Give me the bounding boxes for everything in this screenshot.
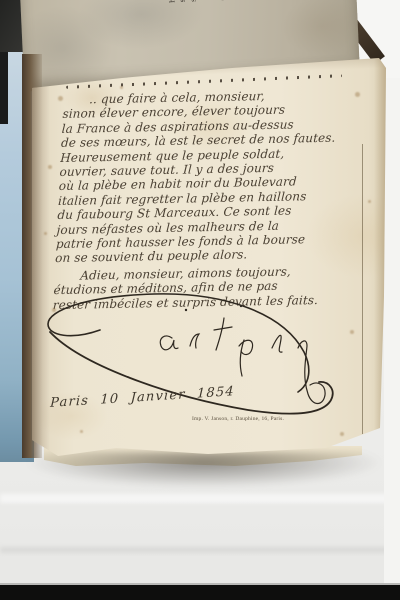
photo-bottom-black-band (0, 583, 400, 600)
left-edge-shadow (0, 52, 8, 124)
foxing-spot (80, 430, 83, 433)
foxing-spot (368, 200, 371, 203)
print-fragment: LE (201, 0, 217, 1)
rotated-print-text: homme qui, stible, pour- s une tour- LE … (162, 0, 231, 3)
foxing-spot (48, 165, 52, 169)
table-light-streak (0, 494, 400, 503)
printer-imprint: Imp. V. Janson, r. Dauphine, 16, Paris. (192, 416, 284, 422)
foxing-spot (58, 96, 63, 101)
foxing-spot (44, 232, 47, 235)
photo-of-open-book: homme qui, stible, pour- s une tour- LE … (0, 0, 400, 600)
page-fold-line (362, 144, 363, 434)
handwritten-letter-body: .. que faire à cela, monsieur, sinon éle… (52, 87, 375, 312)
foxing-spot (340, 432, 344, 436)
foxing-spot (52, 308, 56, 312)
manuscript-letter-page: .. que faire à cela, monsieur, sinon éle… (32, 56, 386, 460)
foxing-spot (120, 86, 123, 89)
print-fragment: homme qui, (162, 0, 178, 3)
book-cast-shadow (24, 452, 384, 488)
foxing-spot (355, 92, 360, 97)
right-background (384, 0, 400, 600)
table-shadow-streak (0, 547, 400, 553)
foxing-spot (350, 330, 354, 334)
